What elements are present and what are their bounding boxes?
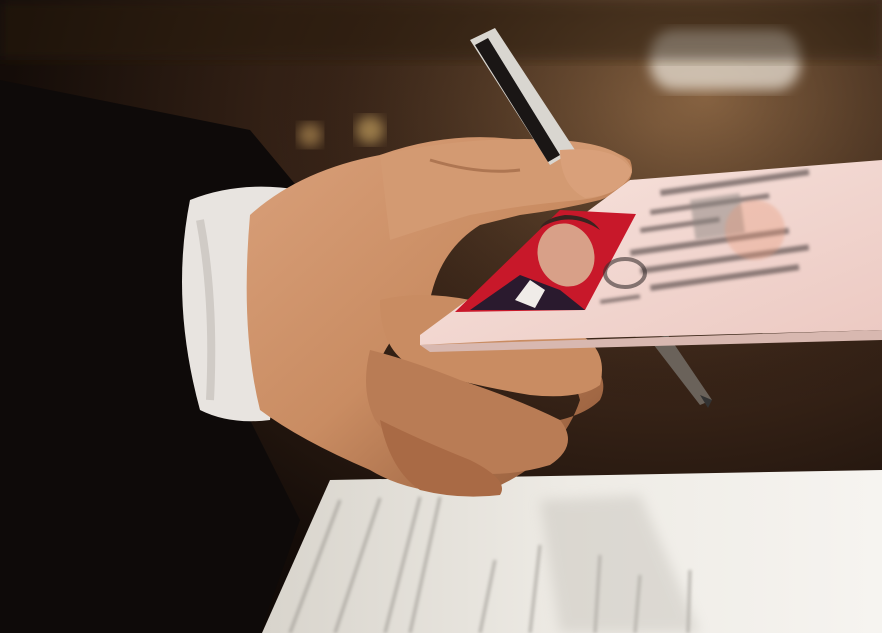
photo-scene: Close-up photo of a hand in a dark suit …: [0, 0, 882, 633]
photo-illustration: [0, 0, 882, 633]
paper-documents: [262, 470, 882, 633]
card-stamp: [725, 200, 785, 260]
